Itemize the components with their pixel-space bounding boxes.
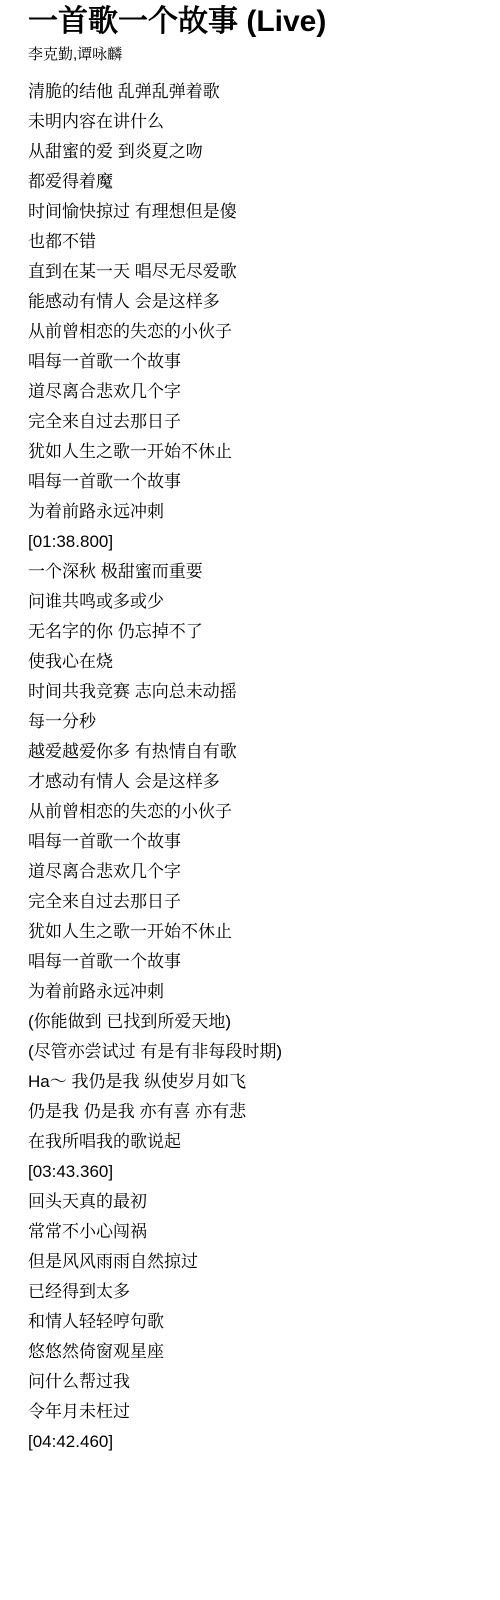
timestamp-line: [04:42.460] bbox=[28, 1427, 490, 1457]
lyric-line: 清脆的结他 乱弹乱弹着歌 bbox=[28, 77, 490, 107]
lyric-line: 道尽离合悲欢几个字 bbox=[28, 857, 490, 887]
song-title: 一首歌一个故事 (Live) bbox=[28, 4, 490, 40]
lyric-line: 唱每一首歌一个故事 bbox=[28, 827, 490, 857]
lyric-line: 令年月未枉过 bbox=[28, 1397, 490, 1427]
lyric-line: 从前曾相恋的失恋的小伙子 bbox=[28, 797, 490, 827]
artist-names: 李克勤,谭咏麟 bbox=[28, 45, 490, 65]
page-container: 一首歌一个故事 (Live) 李克勤,谭咏麟 清脆的结他 乱弹乱弹着歌未明内容在… bbox=[0, 0, 500, 1600]
lyric-line: 唱每一首歌一个故事 bbox=[28, 467, 490, 497]
lyric-line: 犹如人生之歌一开始不休止 bbox=[28, 917, 490, 947]
lyric-line: (尽管亦尝试过 有是有非每段时期) bbox=[28, 1037, 490, 1067]
lyric-line: 才感动有情人 会是这样多 bbox=[28, 767, 490, 797]
lyric-line: 但是风风雨雨自然掠过 bbox=[28, 1247, 490, 1277]
lyric-line: 犹如人生之歌一开始不休止 bbox=[28, 437, 490, 467]
lyric-line: (你能做到 已找到所爱天地) bbox=[28, 1007, 490, 1037]
lyric-line: 已经得到太多 bbox=[28, 1277, 490, 1307]
lyrics-page: { "page": { "title": "一首歌一个故事 (Live)", "… bbox=[0, 0, 500, 1600]
lyric-line: 和情人轻轻哼句歌 bbox=[28, 1307, 490, 1337]
lyric-line: 为着前路永远冲刺 bbox=[28, 977, 490, 1007]
lyric-line: 越爱越爱你多 有热情自有歌 bbox=[28, 737, 490, 767]
lyric-line: 从前曾相恋的失恋的小伙子 bbox=[28, 317, 490, 347]
lyric-line: 仍是我 仍是我 亦有喜 亦有悲 bbox=[28, 1097, 490, 1127]
lyric-line: Ha～ 我仍是我 纵使岁月如飞 bbox=[28, 1067, 490, 1097]
lyric-line: 回头天真的最初 bbox=[28, 1187, 490, 1217]
timestamp-line: [03:43.360] bbox=[28, 1157, 490, 1187]
lyrics-block: 清脆的结他 乱弹乱弹着歌未明内容在讲什么从甜蜜的爱 到炎夏之吻都爱得着魔时间愉快… bbox=[28, 77, 490, 1457]
timestamp-line: [01:38.800] bbox=[28, 527, 490, 557]
lyric-line: 直到在某一天 唱尽无尽爱歌 bbox=[28, 257, 490, 287]
lyric-line: 道尽离合悲欢几个字 bbox=[28, 377, 490, 407]
lyric-line: 常常不小心闯祸 bbox=[28, 1217, 490, 1247]
lyric-line: 唱每一首歌一个故事 bbox=[28, 947, 490, 977]
lyric-line: 也都不错 bbox=[28, 227, 490, 257]
lyric-line: 在我所唱我的歌说起 bbox=[28, 1127, 490, 1157]
lyric-line: 能感动有情人 会是这样多 bbox=[28, 287, 490, 317]
lyric-line: 时间共我竞赛 志向总未动摇 bbox=[28, 677, 490, 707]
lyric-line: 问谁共鸣或多或少 bbox=[28, 587, 490, 617]
lyric-line: 未明内容在讲什么 bbox=[28, 107, 490, 137]
lyric-line: 悠悠然倚窗观星座 bbox=[28, 1337, 490, 1367]
lyric-line: 一个深秋 极甜蜜而重要 bbox=[28, 557, 490, 587]
lyric-line: 无名字的你 仍忘掉不了 bbox=[28, 617, 490, 647]
lyric-line: 都爱得着魔 bbox=[28, 167, 490, 197]
lyric-line: 时间愉快掠过 有理想但是傻 bbox=[28, 197, 490, 227]
lyric-line: 完全来自过去那日子 bbox=[28, 407, 490, 437]
lyric-line: 从甜蜜的爱 到炎夏之吻 bbox=[28, 137, 490, 167]
lyric-line: 为着前路永远冲刺 bbox=[28, 497, 490, 527]
lyric-line: 完全来自过去那日子 bbox=[28, 887, 490, 917]
lyric-line: 每一分秒 bbox=[28, 707, 490, 737]
lyric-line: 使我心在烧 bbox=[28, 647, 490, 677]
lyric-line: 问什么帮过我 bbox=[28, 1367, 490, 1397]
lyric-line: 唱每一首歌一个故事 bbox=[28, 347, 490, 377]
